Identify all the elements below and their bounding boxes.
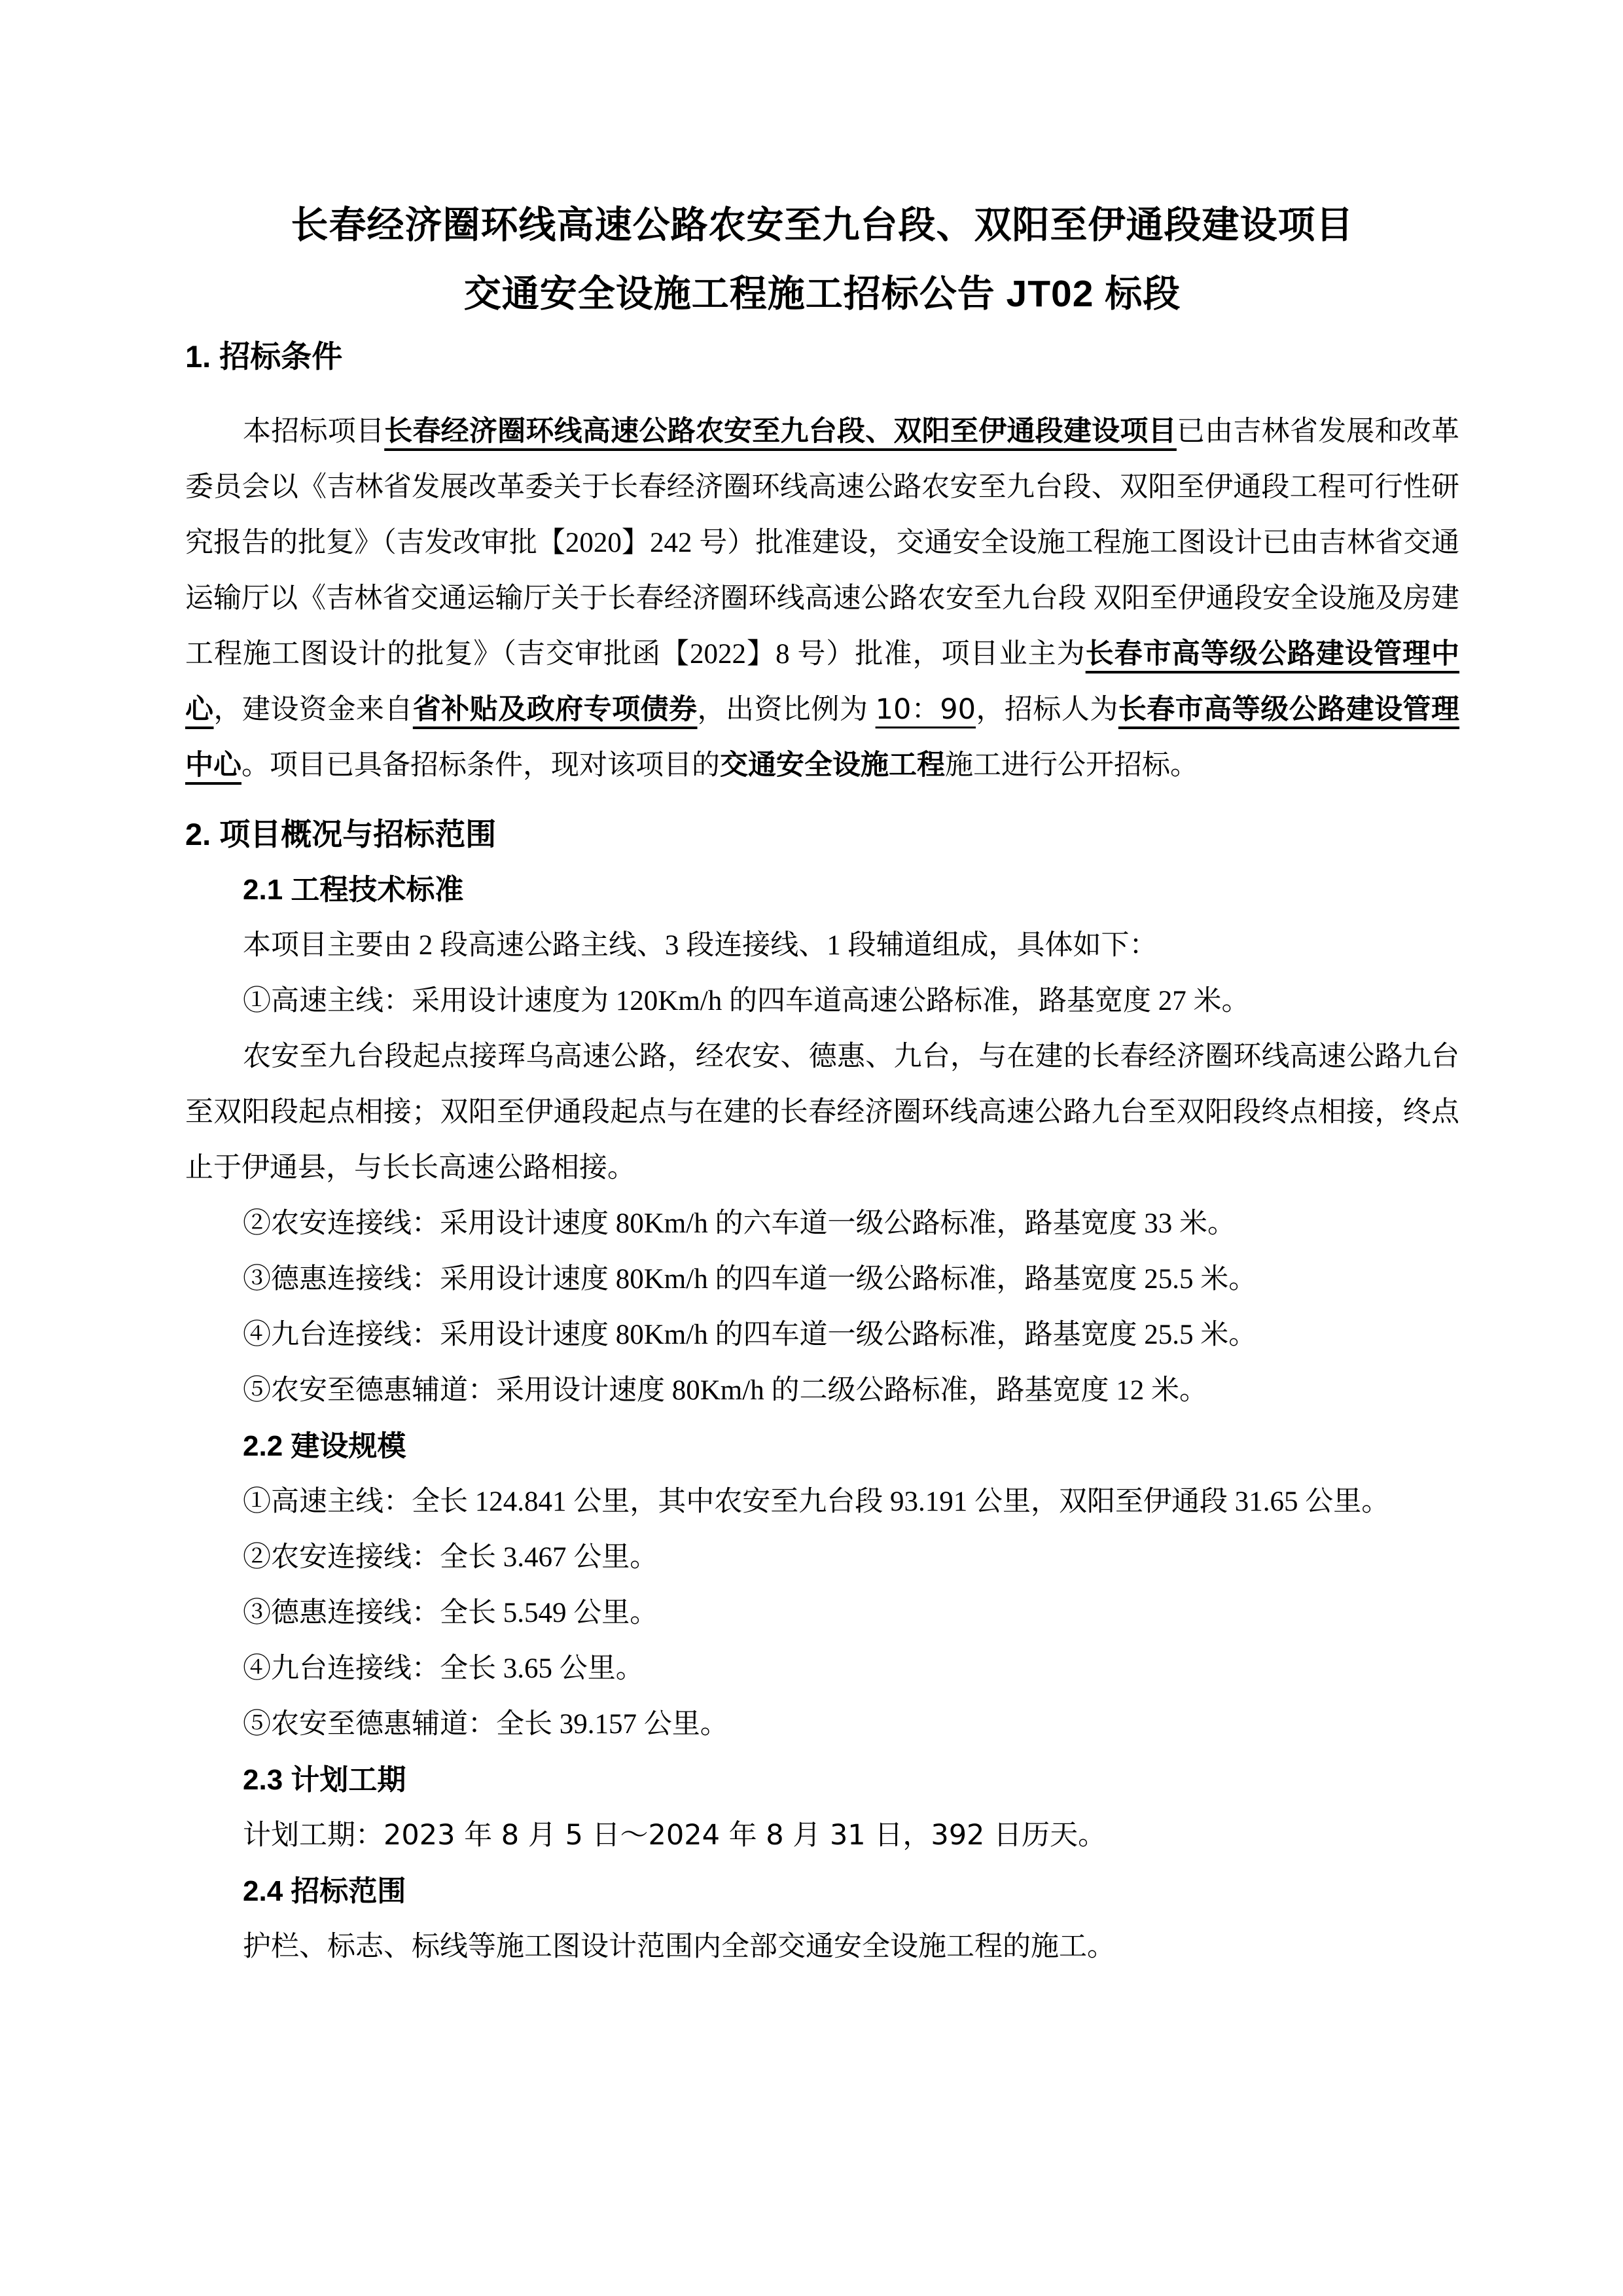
- title-line-1: 长春经济圈环线高速公路农安至九台段、双阳至伊通段建设项目: [185, 191, 1459, 260]
- tech-item-jiutai-connector: ④九台连接线：采用设计速度 80Km/h 的四车道一级公路标准，路基宽度 25.…: [185, 1307, 1459, 1363]
- text-run: ，建设资金来自: [213, 694, 412, 725]
- text-run: 长春经济圈环线高速公路农安至九台段、双阳至伊通段建设项目: [384, 416, 1177, 447]
- section-2-4-heading: 2.4 招标范围: [185, 1863, 1459, 1919]
- text-run: ，出资比例为: [698, 694, 876, 725]
- text-run: 已由吉林省发展和改革委员会以《吉林省发展改革委关于长春经济圈环线高速公路农安至九…: [185, 416, 1459, 670]
- tech-item-mainline: ①高速主线：采用设计速度为 120Km/h 的四车道高速公路标准，路基宽度 27…: [185, 973, 1459, 1029]
- text-run: 本招标项目: [243, 416, 384, 447]
- scale-item-nongan-connector: ②农安连接线：全长 3.467 公里。: [185, 1530, 1459, 1585]
- scale-item-dehui-connector: ③德惠连接线：全长 5.549 公里。: [185, 1585, 1459, 1641]
- tech-alignment-paragraph: 农安至九台段起点接珲乌高速公路，经农安、德惠、九台，与在建的长春经济圈环线高速公…: [185, 1029, 1459, 1196]
- document-title: 长春经济圈环线高速公路农安至九台段、双阳至伊通段建设项目 交通安全设施工程施工招…: [185, 191, 1459, 329]
- tech-item-nongan-connector: ②农安连接线：采用设计速度 80Km/h 的六车道一级公路标准，路基宽度 33 …: [185, 1196, 1459, 1251]
- tech-item-auxiliary-road: ⑤农安至德惠辅道：采用设计速度 80Km/h 的二级公路标准，路基宽度 12 米…: [185, 1363, 1459, 1418]
- tech-item-dehui-connector: ③德惠连接线：采用设计速度 80Km/h 的四车道一级公路标准，路基宽度 25.…: [185, 1251, 1459, 1307]
- scale-item-auxiliary-road: ⑤农安至德惠辅道：全长 39.157 公里。: [185, 1696, 1459, 1752]
- section-1-heading: 1. 招标条件: [185, 329, 1459, 384]
- text-run: 。项目已具备招标条件，现对该项目的: [241, 750, 720, 781]
- section-2-2-heading: 2.2 建设规模: [185, 1418, 1459, 1474]
- section-1-paragraph: 本招标项目长春经济圈环线高速公路农安至九台段、双阳至伊通段建设项目已由吉林省发展…: [185, 404, 1459, 793]
- schedule-paragraph: 计划工期：2023 年 8 月 5 日～2024 年 8 月 31 日，392 …: [185, 1808, 1459, 1863]
- document-page: 长春经济圈环线高速公路农安至九台段、双阳至伊通段建设项目 交通安全设施工程施工招…: [0, 0, 1623, 2296]
- tech-standard-intro: 本项目主要由 2 段高速公路主线、3 段连接线、1 段辅道组成，具体如下：: [185, 918, 1459, 973]
- text-run: 施工进行公开招标。: [945, 750, 1198, 781]
- text-run: 交通安全设施工程: [720, 750, 945, 781]
- scale-item-mainline: ①高速主线：全长 124.841 公里，其中农安至九台段 93.191 公里，双…: [185, 1474, 1459, 1530]
- scope-paragraph: 护栏、标志、标线等施工图设计范围内全部交通安全设施工程的施工。: [185, 1919, 1459, 1975]
- text-run: ，招标人为: [976, 694, 1118, 725]
- section-2-1-heading: 2.1 工程技术标准: [185, 862, 1459, 918]
- title-line-2: 交通安全设施工程施工招标公告 JT02 标段: [185, 260, 1459, 329]
- section-2-3-heading: 2.3 计划工期: [185, 1752, 1459, 1808]
- scale-item-jiutai-connector: ④九台连接线：全长 3.65 公里。: [185, 1641, 1459, 1696]
- text-run: 省补贴及政府专项债券: [413, 694, 698, 725]
- section-2-heading: 2. 项目概况与招标范围: [185, 806, 1459, 862]
- text-run: 10：90: [876, 693, 976, 726]
- page-content: 长春经济圈环线高速公路农安至九台段、双阳至伊通段建设项目 交通安全设施工程施工招…: [0, 0, 1623, 2296]
